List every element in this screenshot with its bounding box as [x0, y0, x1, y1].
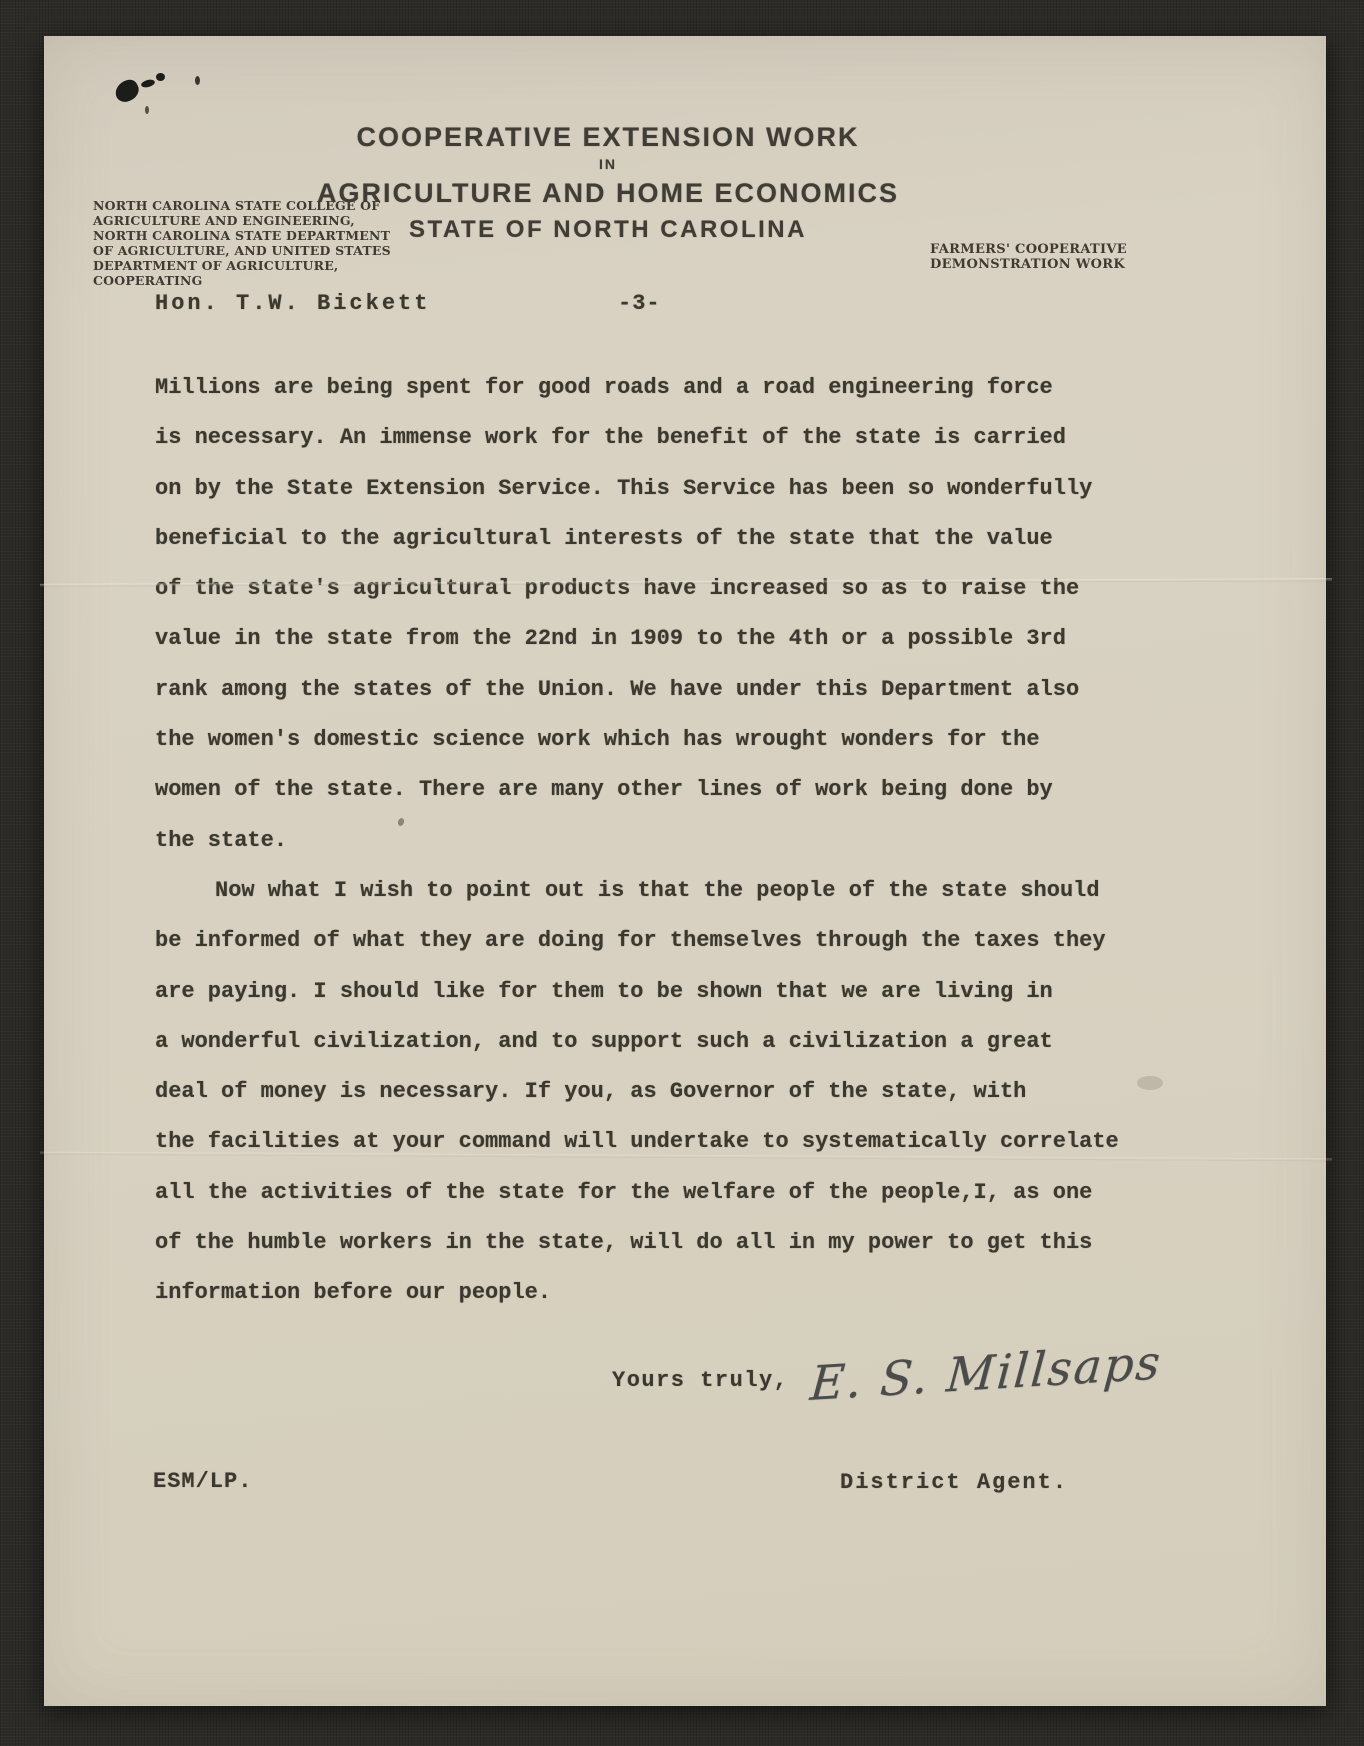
body-line: all the activities of the state for the …	[155, 1168, 1119, 1218]
body-line: be informed of what they are doing for t…	[155, 916, 1119, 966]
body-line: on by the State Extension Service. This …	[155, 464, 1119, 514]
letterhead-left-line: OF AGRICULTURE, AND UNITED STATES	[93, 243, 391, 258]
body-line: of the humble workers in the state, will…	[155, 1218, 1119, 1268]
body-line: value in the state from the 22nd in 1909…	[155, 614, 1119, 664]
body-line: the women's domestic science work which …	[155, 715, 1119, 765]
letter-body: Millions are being spent for good roads …	[155, 363, 1119, 1319]
page-header: Hon. T.W. Bickett -3-	[155, 291, 430, 316]
letterhead-left-line: NORTH CAROLINA STATE DEPARTMENT	[93, 228, 391, 243]
addressee: Hon. T.W. Bickett	[155, 291, 430, 316]
body-line: Millions are being spent for good roads …	[155, 363, 1119, 413]
body-line: beneficial to the agricultural interests…	[155, 514, 1119, 564]
letterhead-left-line: DEPARTMENT OF AGRICULTURE,	[93, 258, 391, 273]
body-line: is necessary. An immense work for the be…	[155, 413, 1119, 463]
body-line: information before our people.	[155, 1268, 1119, 1318]
body-line: a wonderful civilization, and to support…	[155, 1017, 1119, 1067]
signer-title: District Agent.	[840, 1470, 1068, 1495]
letterhead-cooperating-agencies: NORTH CAROLINA STATE COLLEGE OF AGRICULT…	[93, 198, 391, 288]
handwritten-signature: E. S. Millsaps	[808, 1335, 1164, 1412]
letterhead-left-line: NORTH CAROLINA STATE COLLEGE OF	[93, 198, 391, 213]
letterhead-left-line: AGRICULTURE AND ENGINEERING,	[93, 213, 391, 228]
letterhead-title-line2: IN	[44, 156, 1172, 172]
body-line: the facilities at your command will unde…	[155, 1117, 1119, 1167]
reference-initials: ESM/LP.	[153, 1469, 252, 1494]
letterhead-title-line1: COOPERATIVE EXTENSION WORK	[44, 122, 1172, 153]
letterhead-right-line: DEMONSTRATION WORK	[930, 257, 1127, 272]
page-number: -3-	[618, 291, 661, 316]
letterhead-left-line: COOPERATING	[93, 273, 391, 288]
body-line: deal of money is necessary. If you, as G…	[155, 1067, 1119, 1117]
letter-page: COOPERATIVE EXTENSION WORK IN AGRICULTUR…	[44, 36, 1326, 1706]
body-line: the state.	[155, 816, 1119, 866]
body-line: of the state's agricultural products hav…	[155, 564, 1119, 614]
body-line: are paying. I should like for them to be…	[155, 967, 1119, 1017]
ink-speck	[1137, 1076, 1163, 1090]
letterhead-right-line: FARMERS' COOPERATIVE	[930, 242, 1127, 257]
body-line: rank among the states of the Union. We h…	[155, 665, 1119, 715]
valediction: Yours truly,	[612, 1368, 788, 1393]
scan-background: COOPERATIVE EXTENSION WORK IN AGRICULTUR…	[0, 0, 1364, 1746]
body-line: Now what I wish to point out is that the…	[155, 866, 1119, 916]
body-line: women of the state. There are many other…	[155, 765, 1119, 815]
letterhead-program-name: FARMERS' COOPERATIVE DEMONSTRATION WORK	[930, 242, 1127, 272]
